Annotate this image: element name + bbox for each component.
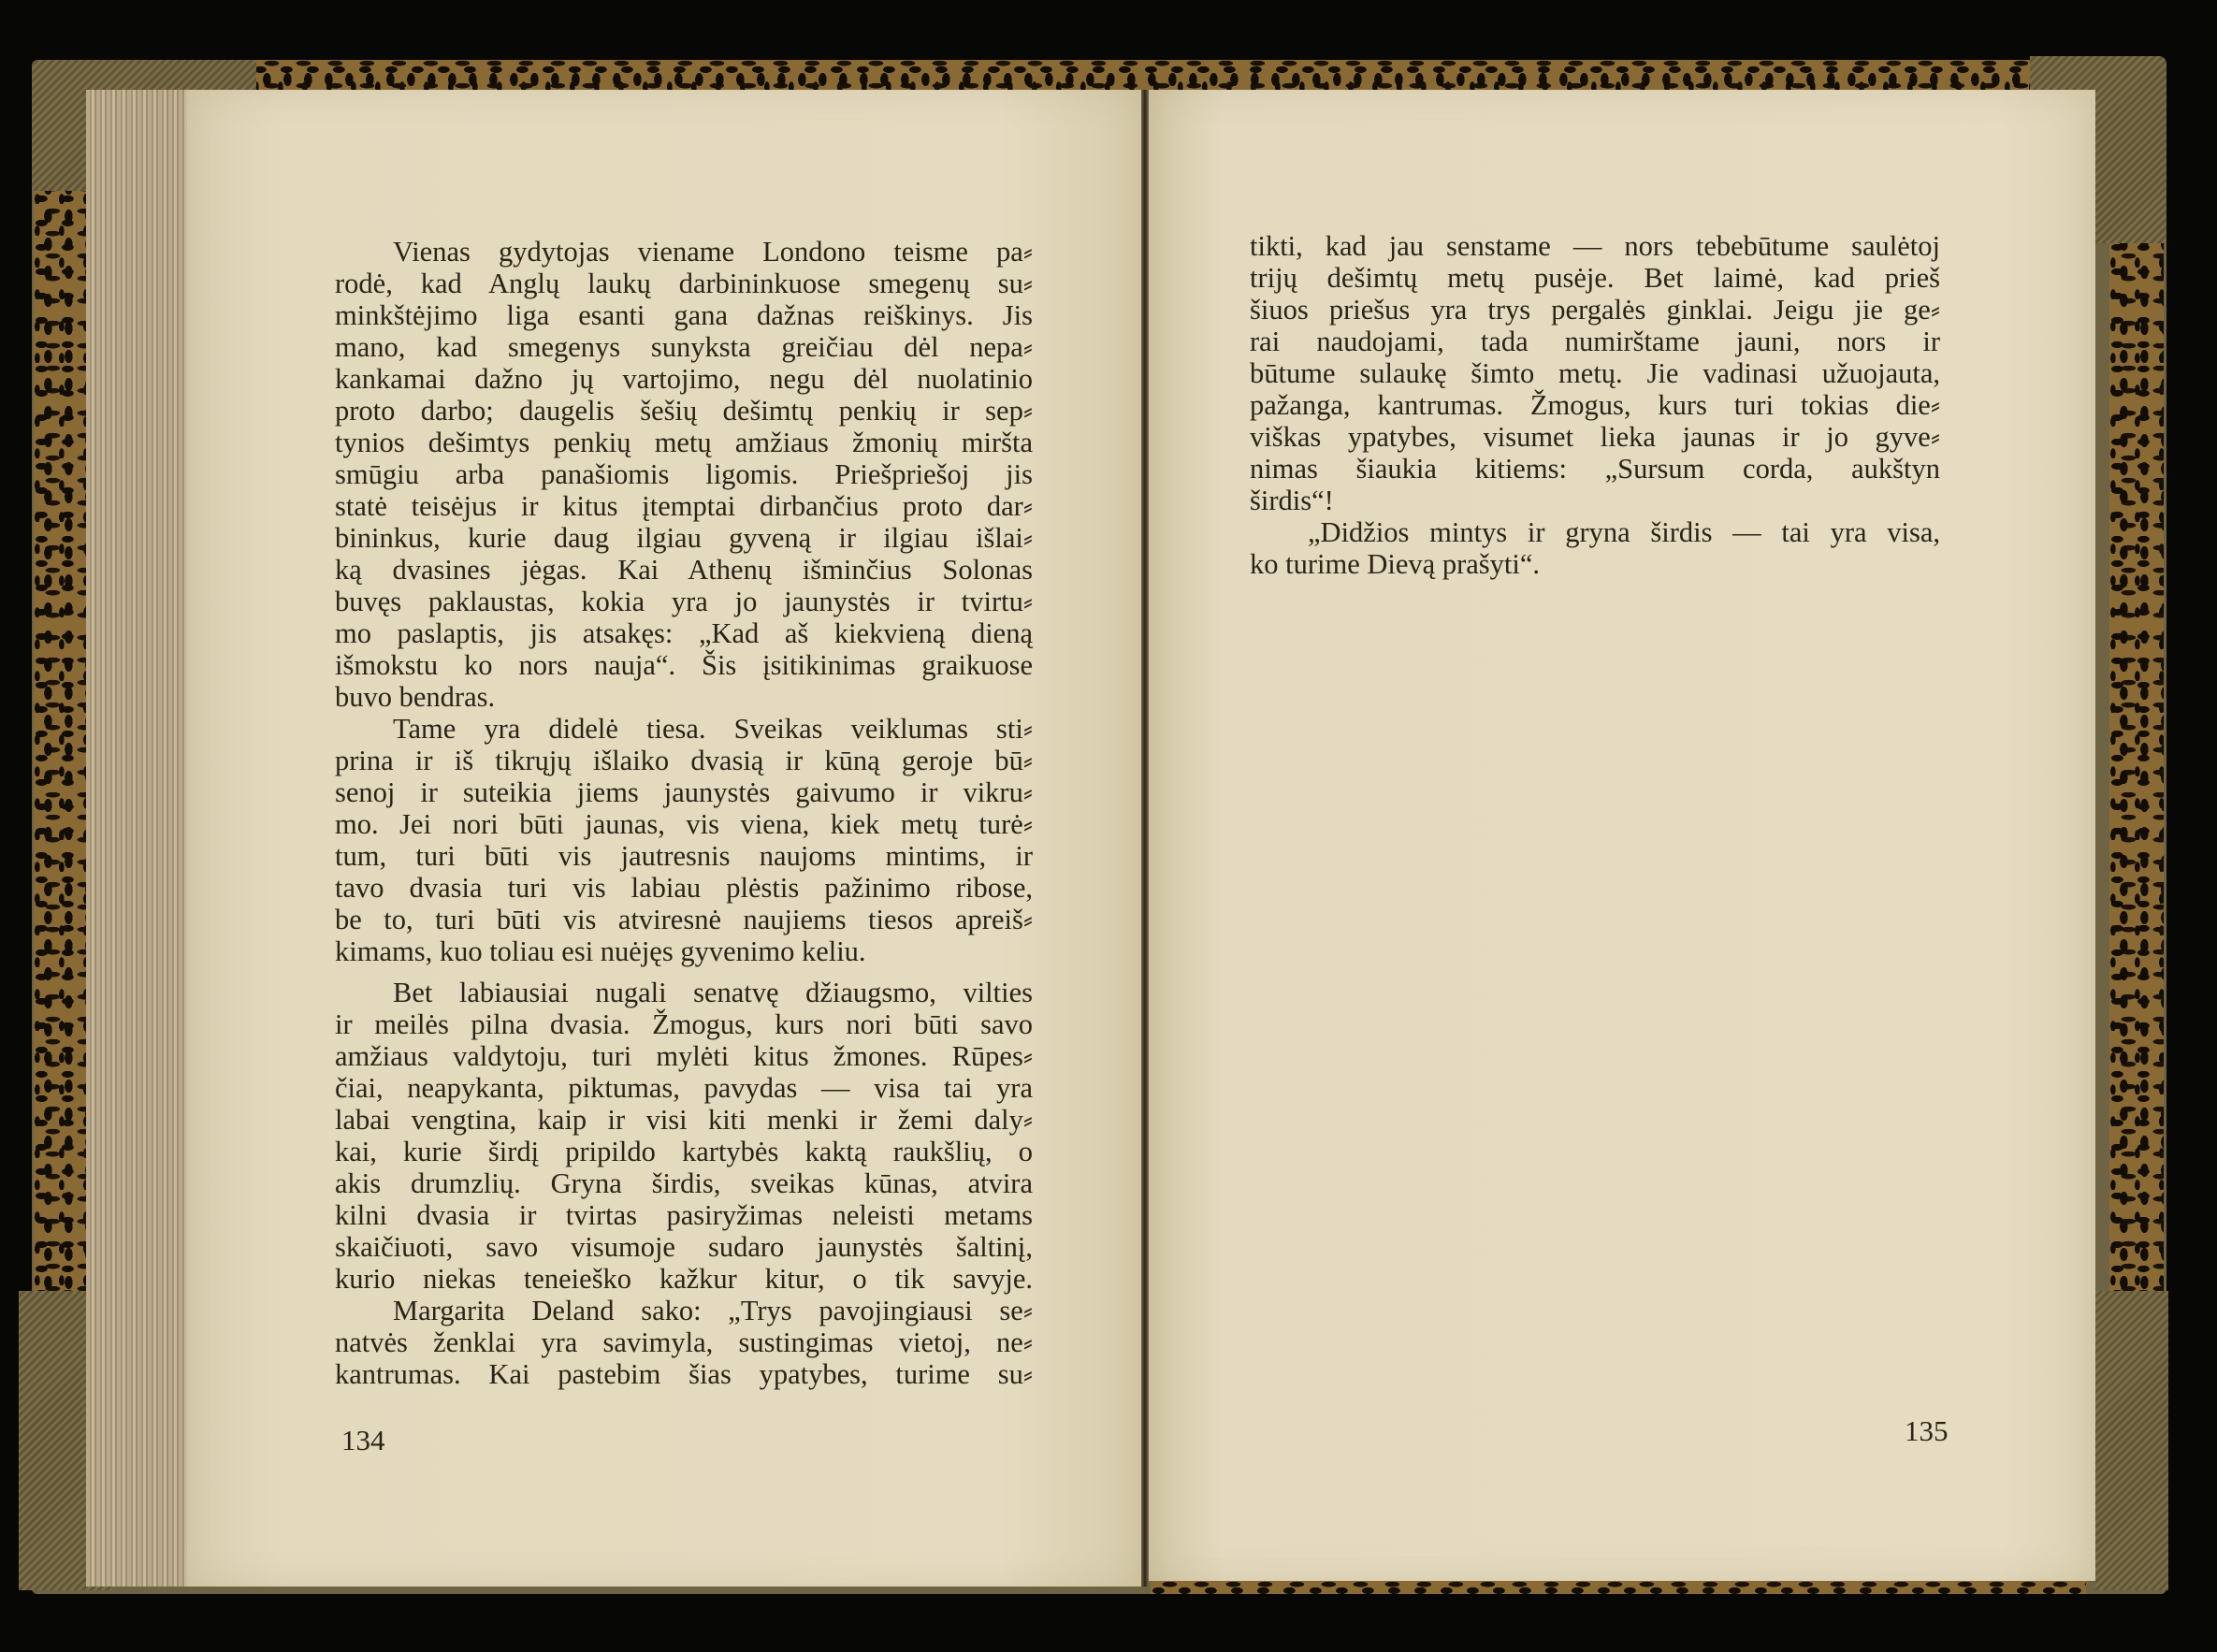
marbled-board-bottom xyxy=(1151,1581,2086,1594)
text-line: širdis“! xyxy=(1250,485,1940,516)
marbled-board-left xyxy=(34,140,92,1356)
text-line: senoj ir suteikia jiems jaunystės gaivum… xyxy=(335,776,1033,808)
text-line: tynios dešimtys penkių metų amžiaus žmon… xyxy=(335,427,1033,458)
text-line: minkštėjimo liga esanti gana dažnas reiš… xyxy=(335,299,1033,331)
text-line: Tame yra didelė tiesa. Sveikas veiklumas… xyxy=(335,713,1033,745)
text-line: kai, kurie širdį pripildo kartybės kaktą… xyxy=(335,1136,1033,1167)
text-line: Bet labiausiai nugali senatvę džiaugsmo,… xyxy=(335,977,1033,1008)
text-line: tavo dvasia turi vis labiau plėstis paži… xyxy=(335,872,1033,904)
text-line: šiuos priešus yra trys pergalės ginklai.… xyxy=(1250,294,1940,326)
text-line: buvo bendras. xyxy=(335,681,1033,713)
text-line: nimas šiaukia kitiems: „Sursum corda, au… xyxy=(1250,453,1940,485)
text-line: proto darbo; daugelis šešių dešimtų penk… xyxy=(335,395,1033,427)
text-line: Margarita Deland sako: „Trys pavojingiau… xyxy=(335,1295,1033,1326)
page-number-right: 135 xyxy=(1905,1414,1949,1448)
text-line: bininkus, kurie daug ilgiau gyveną ir il… xyxy=(335,522,1033,554)
text-line: amžiaus valdytoju, turi mylėti kitus žmo… xyxy=(335,1040,1033,1072)
text-line: Vienas gydytojas viename Londono teisme … xyxy=(335,236,1033,268)
text-line: tikti, kad jau senstame — nors tebebūtum… xyxy=(1250,230,1940,262)
text-line: kankamai dažno jų vartojimo, negu dėl nu… xyxy=(335,363,1033,395)
text-line: kimams, kuo toliau esi nuėjęs gyvenimo k… xyxy=(335,935,1033,967)
text-line: mano, kad smegenys sunyksta greičiau dėl… xyxy=(335,331,1033,363)
text-line: ir meilės pilna dvasia. Žmogus, kurs nor… xyxy=(335,1008,1033,1040)
text-line: natvės ženklai yra savimyla, sustingimas… xyxy=(335,1326,1033,1358)
marbled-board-top xyxy=(253,60,2030,90)
text-line: ką dvasines jėgas. Kai Athenų išminčius … xyxy=(335,554,1033,586)
text-line: čiai, neapykanta, piktumas, pavydas — vi… xyxy=(335,1072,1033,1104)
text-line: buvęs paklaustas, kokia yra jo jaunystės… xyxy=(335,586,1033,617)
text-line: mo. Jei nori būti jaunas, vis viena, kie… xyxy=(335,808,1033,840)
text-line: ko turime Dievą prašyti“. xyxy=(1250,548,1940,580)
book-gutter xyxy=(1141,90,1149,1587)
text-line: skaičiuoti, savo visumoje sudaro jaunyst… xyxy=(335,1231,1033,1263)
paragraph-gap xyxy=(335,967,1033,977)
text-line: labai vengtina, kaip ir visi kiti menki … xyxy=(335,1104,1033,1136)
page-number-left: 134 xyxy=(341,1424,385,1457)
text-line: rai naudojami, tada numirštame jauni, no… xyxy=(1250,326,1940,357)
left-page-text: Vienas gydytojas viename Londono teisme … xyxy=(335,236,1033,1390)
text-line: pažanga, kantrumas. Žmogus, kurs turi to… xyxy=(1250,389,1940,421)
right-page-text: tikti, kad jau senstame — nors tebebūtum… xyxy=(1250,230,1940,580)
cloth-corner-bottom-right xyxy=(2095,1291,2168,1590)
marbled-board-right xyxy=(2109,140,2164,1310)
text-line: išmokstu ko nors nauja“. Šis įsitikinima… xyxy=(335,649,1033,681)
text-line: kilni dvasia ir tvirtas pasiryžimas nele… xyxy=(335,1199,1033,1231)
text-line: trijų dešimtų metų pusėje. Bet laimė, ka… xyxy=(1250,262,1940,294)
text-line: viškas ypatybes, visumet lieka jaunas ir… xyxy=(1250,421,1940,453)
text-line: tum, turi būti vis jautresnis naujoms mi… xyxy=(335,840,1033,872)
text-line: statė teisėjus ir kitus įtemptai dirbanč… xyxy=(335,490,1033,522)
page-stack-edge xyxy=(86,90,191,1587)
text-line: smūgiu arba panašiomis ligomis. Priešpri… xyxy=(335,458,1033,490)
text-line: mo paslaptis, jis atsakęs: „Kad aš kiekv… xyxy=(335,617,1033,649)
text-line: būtume sulaukę šimto metų. Jie vadinasi … xyxy=(1250,357,1940,389)
text-line: „Didžios mintys ir gryna širdis — tai yr… xyxy=(1250,516,1940,548)
text-line: kantrumas. Kai pastebim šias ypatybes, t… xyxy=(335,1358,1033,1390)
text-line: rodė, kad Anglų laukų darbininkuose smeg… xyxy=(335,268,1033,299)
text-line: prina ir iš tikrųjų išlaiko dvasią ir kū… xyxy=(335,745,1033,776)
text-line: be to, turi būti vis atviresnė naujiems … xyxy=(335,904,1033,935)
text-line: kurio niekas teneieško kažkur kitur, o t… xyxy=(335,1263,1033,1295)
text-line: akis drumzlių. Gryna širdis, sveikas kūn… xyxy=(335,1167,1033,1199)
